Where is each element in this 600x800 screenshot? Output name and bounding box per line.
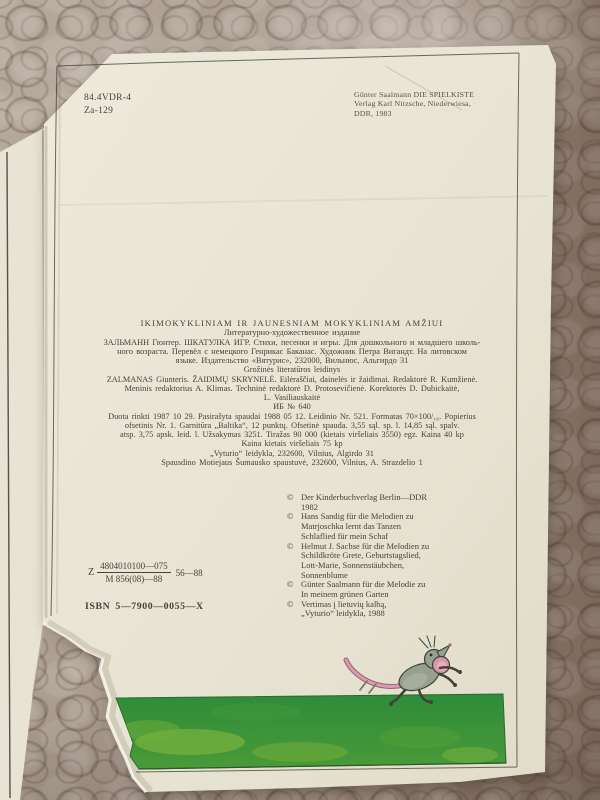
original-edition-line: Günter Saalmann DIE SPIELKISTE — [354, 90, 474, 99]
catalog-fraction: 4804010100—075 M 856(08)—88 — [97, 561, 171, 584]
copyright-line: „Vyturio“ leidykla, 1988 — [287, 609, 527, 619]
imprint-block: IKIMOKYKLINIAM IR JAUNESNIAM MOKYKLINIAM… — [60, 319, 524, 467]
copyright-text: Hans Sandig für die Melodien zu — [301, 511, 414, 521]
imprint-line: ЗАЛЬМАНН Гюнтер. ШКАТУЛКА ИГР. Стихи, пе… — [60, 338, 524, 347]
book-imprint-page-photo: 84.4VDR-4Za-129 Günter Saalmann DIE SPIE… — [0, 0, 600, 800]
imprint-line: L. Vasiliauskaitė — [60, 393, 524, 402]
imprint-line: ного возраста. Перевёл с немецкого Генри… — [60, 347, 524, 356]
underlying-pages-edge — [0, 128, 46, 800]
copyright-text: Matrjoschka lernt das Tanzen — [301, 521, 401, 531]
copyright-text: Günter Saalmann für die Melodie zu — [301, 579, 425, 589]
copyright-text: Der Kinderbuchverlag Berlin—DDR — [301, 492, 427, 502]
imprint-line: Duota rinkti 1987 10 29. Pasirašyta spau… — [60, 412, 524, 421]
catalog-numerator: 4804010100—075 — [97, 561, 171, 573]
imprint-line: ИБ № 640 — [60, 402, 524, 411]
imprint-line: Kaina kietais viršeliais 75 kp — [60, 439, 524, 448]
imprint-line: ZALMANAS Giunteris. ŽAIDIMŲ SKRYNELĖ. Ei… — [60, 375, 524, 384]
copyright-text: Helmut J. Sachse für die Melodien zu — [301, 541, 429, 551]
catalog-denominator: M 856(08)—88 — [97, 573, 171, 584]
imprint-line: IKIMOKYKLINIAM IR JAUNESNIAM MOKYKLINIAM… — [60, 319, 524, 328]
copyright-symbol: © — [287, 493, 301, 503]
original-edition-note: Günter Saalmann DIE SPIELKISTEVerlag Kar… — [354, 90, 474, 118]
copyright-text: Vertimas į lietuvių kalbą, — [301, 599, 386, 609]
original-edition-line: Verlag Karl Nitzsche, Niederwiesa, — [354, 99, 474, 108]
original-edition-line: DDR, 1983 — [354, 109, 474, 118]
imprint-line: Литературно-художественное издание — [60, 328, 524, 337]
call-number: 84.4VDR-4Za-129 — [84, 92, 131, 117]
call-number-line: 84.4VDR-4 — [84, 92, 131, 105]
catalog-prefix: Z — [88, 567, 94, 578]
imprint-line: atsp. 3,75 apsk. leid. l. Užsakymas 3251… — [60, 430, 524, 439]
imprint-line: Spausdino Motiejaus Šumausko spaustuvė, … — [60, 458, 524, 467]
copyright-text: Lott-Marie, Sonnenstäubchen, — [301, 560, 404, 570]
imprint-line: Meninis redaktorius A. Klimas. Techninė … — [60, 384, 524, 393]
isbn: ISBN 5—7900—0055—X — [85, 601, 204, 612]
copyright-text: Schildkröte Grete, Geburtstagslied, — [301, 550, 421, 560]
copyright-text: 1982 — [301, 502, 318, 512]
catalog-code: Z 4804010100—075 M 856(08)—88 56—88 — [88, 561, 203, 584]
call-number-line: Za-129 — [84, 105, 131, 118]
grass-illustration — [116, 694, 506, 769]
copyright-text: In meinem grünen Garten — [301, 589, 389, 599]
catalog-suffix: 56—88 — [176, 568, 203, 578]
copyright-symbol: © — [287, 580, 301, 590]
imprint-line: Grožinės literatūros leidinys — [60, 365, 524, 374]
copyright-line: ©Der Kinderbuchverlag Berlin—DDR — [287, 493, 527, 503]
copyright-block: ©Der Kinderbuchverlag Berlin—DDR 1982 ©H… — [287, 493, 527, 619]
copyright-symbol: © — [287, 542, 301, 552]
copyright-symbol: © — [287, 512, 301, 522]
imprint-line: „Vyturio“ leidykla, 232600, Vilnius, Alg… — [60, 449, 524, 458]
imprint-line: языке. Издательство «Вятурис», 232000, В… — [60, 356, 524, 365]
copyright-symbol: © — [287, 600, 301, 610]
copyright-text: „Vyturio“ leidykla, 1988 — [301, 608, 385, 618]
copyright-text: Sonnenblume — [301, 570, 348, 580]
copyright-text: Schlaflied für mein Schaf — [301, 531, 388, 541]
imprint-line: ofsetinis Nr. 1. Garnitūra „Baltika“, 12… — [60, 421, 524, 430]
